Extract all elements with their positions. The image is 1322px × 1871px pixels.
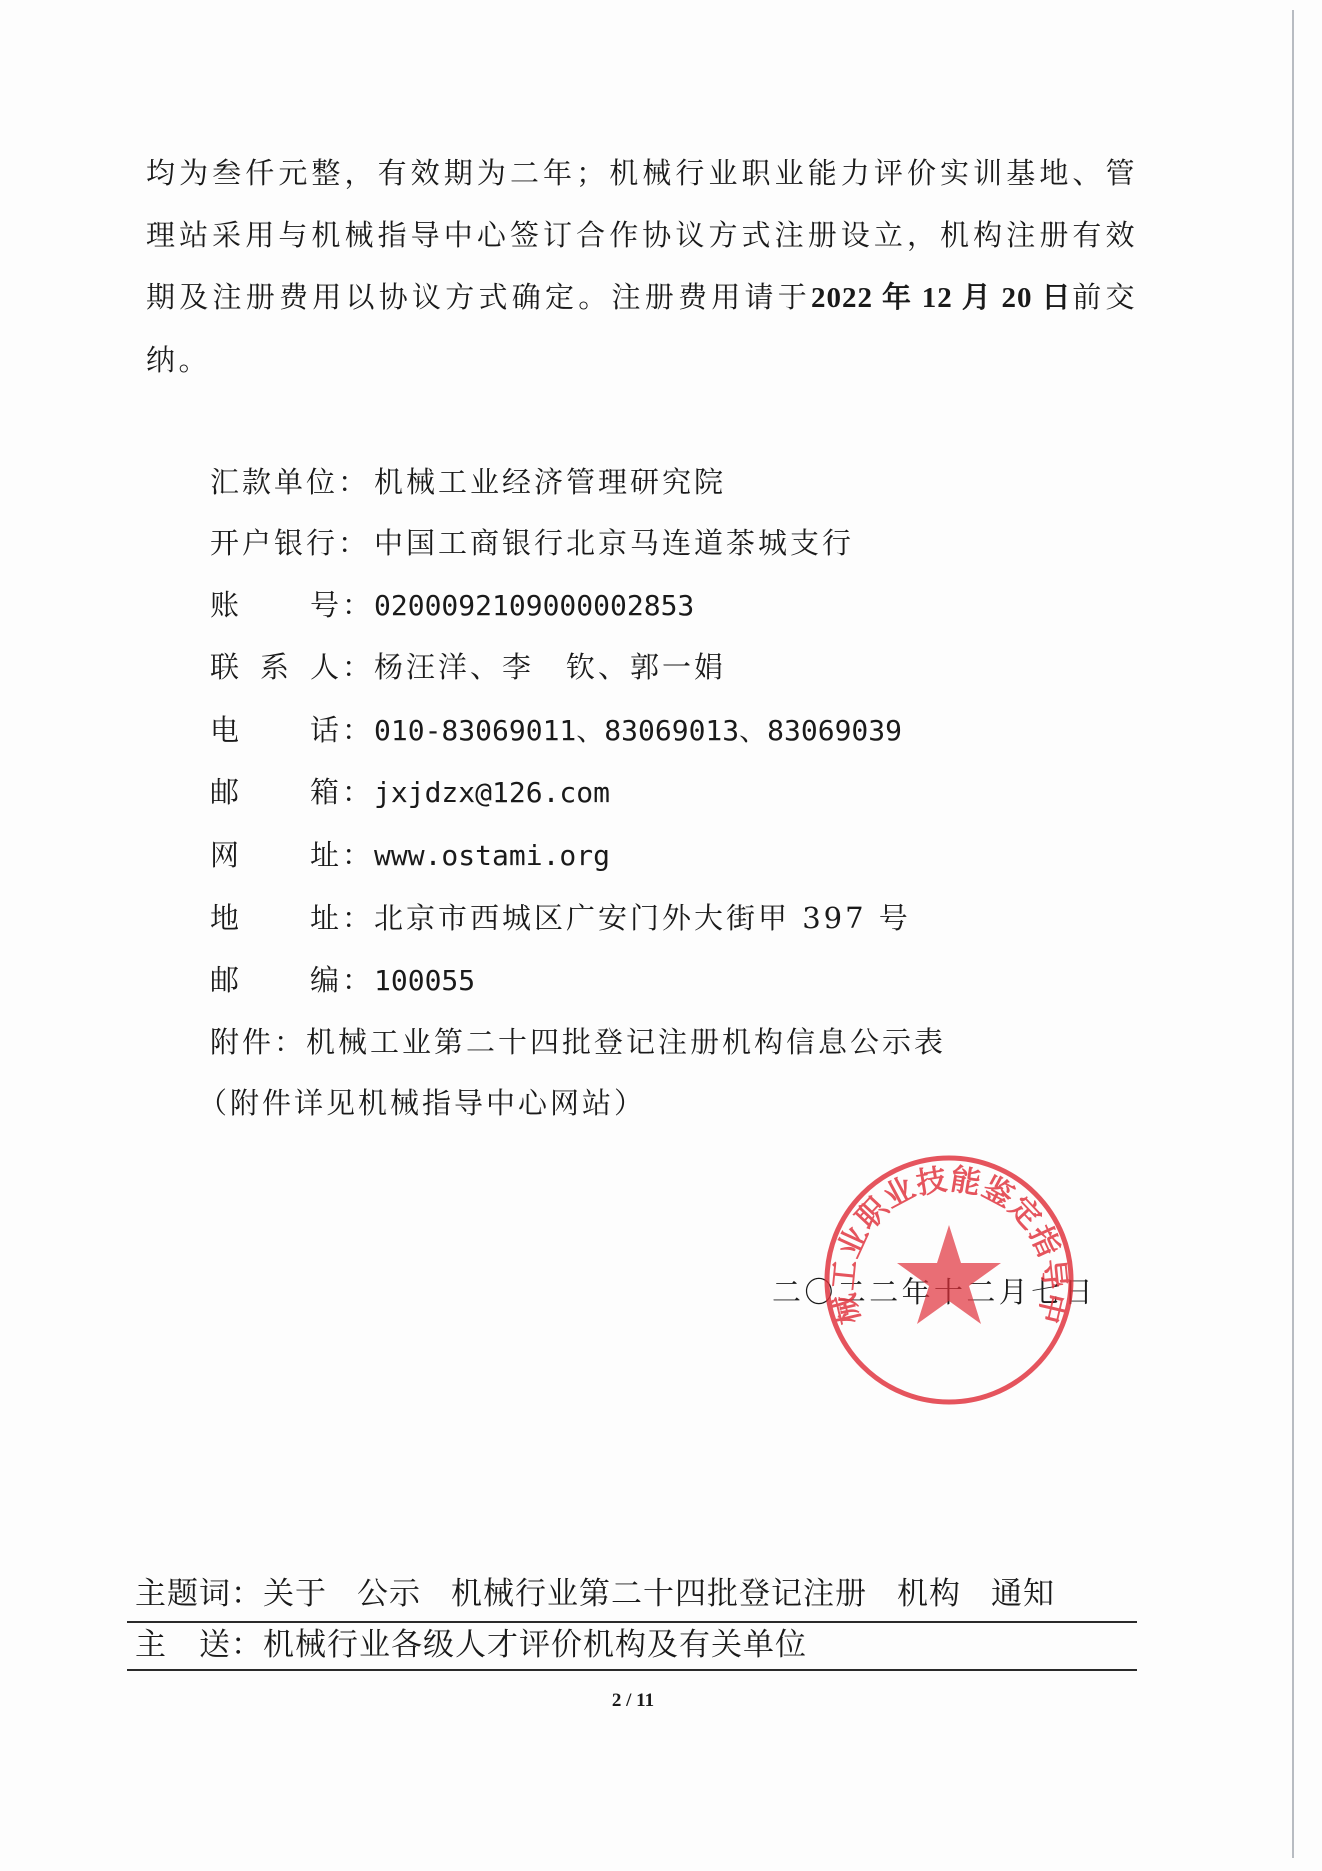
bank-label: 开户银行： (210, 512, 374, 574)
label-char: 话： (310, 699, 374, 761)
label-char: 账 (210, 574, 242, 636)
keyword: 通知 (991, 1576, 1055, 1612)
recipients-value: 机械行业各级人才评价机构及有关单位 (263, 1627, 807, 1663)
page-edge-line (1292, 10, 1294, 1858)
keywords-line: 主题词：关于公示机械行业第二十四批登记注册机构通知 (135, 1570, 1055, 1618)
postcode-label: 邮编： (210, 949, 374, 1011)
phone-value: 010-83069011、83069013、83069039 (374, 700, 902, 762)
label-char: 编： (310, 949, 374, 1011)
label-char: 箱： (310, 761, 374, 823)
label-char: 网 (210, 824, 242, 886)
label-char: 邮 (210, 949, 242, 1011)
website-value[interactable]: www.ostami.org (374, 825, 610, 887)
postcode-value: 100055 (374, 950, 475, 1012)
remitter-row: 汇款单位：机械工业经济管理研究院 (210, 451, 726, 513)
phone-label: 电话： (210, 699, 374, 761)
footer-divider-bottom (127, 1669, 1137, 1671)
website-row: 网址：www.ostami.org (210, 824, 610, 886)
body-paragraph: 均为叁仟元整，有效期为二年；机械行业职业能力评价实训基地、管理站采用与机械指导中… (146, 142, 1138, 391)
email-row: 邮箱：jxjdzx@126.com (210, 761, 610, 823)
bank-value: 中国工商银行北京马连道茶城支行 (374, 512, 854, 574)
account-label: 账号： (210, 574, 374, 636)
keyword: 关于 (263, 1576, 327, 1612)
address-row: 地址：北京市西城区广安门外大街甲 397 号 (210, 887, 911, 949)
address-value: 北京市西城区广安门外大街甲 397 号 (374, 887, 911, 949)
account-row: 账号：0200092109000002853 (210, 574, 694, 636)
postcode-row: 邮编：100055 (210, 949, 475, 1011)
label-char: 地 (210, 887, 242, 949)
keyword: 公示 (357, 1576, 421, 1612)
recipients-line: 主送：机械行业各级人才评价机构及有关单位 (135, 1621, 807, 1669)
label-char: 电 (210, 699, 242, 761)
email-label: 邮箱： (210, 761, 374, 823)
keyword: 机械行业第二十四批登记注册 (451, 1576, 867, 1612)
label-char: 址： (310, 824, 374, 886)
attachment-line: 附件：机械工业第二十四批登记注册机构信息公示表 (210, 1011, 946, 1073)
attachment-note: （附件详见机械指导中心网站） (198, 1072, 646, 1134)
bank-row: 开户银行：中国工商银行北京马连道茶城支行 (210, 512, 854, 574)
recipients-label-1: 主 (135, 1627, 167, 1663)
keyword: 机构 (897, 1576, 961, 1612)
contact-label: 联系人： (210, 636, 374, 698)
recipients-label-2: 送： (199, 1627, 263, 1663)
email-value[interactable]: jxjdzx@126.com (374, 762, 610, 824)
website-label: 网址： (210, 824, 374, 886)
label-char: 邮 (210, 761, 242, 823)
deadline-date: 2022 年 12 月 20 日 (811, 282, 1072, 314)
account-value: 0200092109000002853 (374, 575, 694, 637)
label-char: 人： (310, 636, 374, 698)
label-char: 联 (210, 636, 242, 698)
remitter-value: 机械工业经济管理研究院 (374, 451, 726, 513)
keywords-label: 主题词： (135, 1576, 263, 1612)
label-char: 号： (310, 574, 374, 636)
label-char: 址： (310, 887, 374, 949)
contact-row: 联系人：杨汪洋、李 钦、郭一娟 (210, 636, 726, 698)
remitter-label: 汇款单位： (210, 451, 374, 513)
address-label: 地址： (210, 887, 374, 949)
label-char: 系 (260, 636, 292, 698)
page-number: 2 / 11 (0, 1690, 1266, 1712)
official-seal-icon: 机械工业职业技能鉴定指导中心 (822, 1153, 1076, 1407)
phone-row: 电话：010-83069011、83069013、83069039 (210, 699, 902, 761)
contact-value: 杨汪洋、李 钦、郭一娟 (374, 636, 726, 698)
